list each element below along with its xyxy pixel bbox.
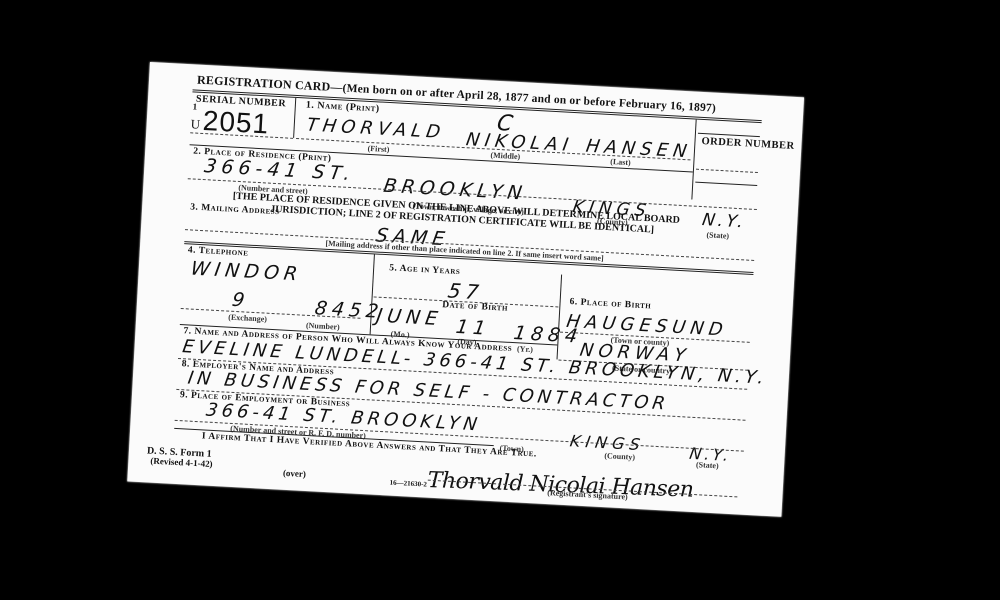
- serial-prefix-top: 1: [192, 101, 197, 111]
- telephone-exchange-name: WINDOR: [189, 258, 304, 286]
- telephone-label: 4. Telephone: [188, 245, 249, 258]
- telephone-exchange-value: 9: [231, 289, 252, 312]
- birth-date-label: Date of Birth: [442, 300, 508, 314]
- print-code: 16—21630-2: [389, 479, 427, 489]
- serial-prefix: U: [190, 116, 200, 132]
- employment-county-caption: (County): [604, 451, 635, 462]
- last-caption: (Last): [610, 157, 631, 167]
- employment-state-caption: (State): [696, 460, 719, 470]
- mailing-label: 3. Mailing Address: [190, 202, 280, 217]
- over-note: (over): [283, 468, 306, 479]
- residence-state-value: N.Y.: [701, 210, 748, 232]
- birth-day-value: 11: [454, 316, 492, 340]
- birth-month-value: JUNE: [375, 305, 444, 330]
- telephone-number-value: 8452: [313, 297, 385, 323]
- middle-caption: (Middle): [490, 151, 520, 162]
- residence-state-caption: (State): [706, 230, 729, 240]
- telephone-exchange-caption: (Exchange): [228, 313, 267, 324]
- registration-card: REGISTRATION CARD—(Men born on or after …: [127, 62, 804, 517]
- birth-year-caption: (Yr.): [517, 344, 533, 354]
- telephone-number-caption: (Number): [306, 321, 340, 332]
- age-label: 5. Age in Years: [389, 263, 461, 277]
- birth-place-label: 6. Place of Birth: [569, 297, 651, 311]
- order-number-label: ORDER NUMBER: [701, 136, 795, 152]
- first-caption: (First): [367, 144, 389, 154]
- form-revised: (Revised 4-1-42): [150, 456, 213, 469]
